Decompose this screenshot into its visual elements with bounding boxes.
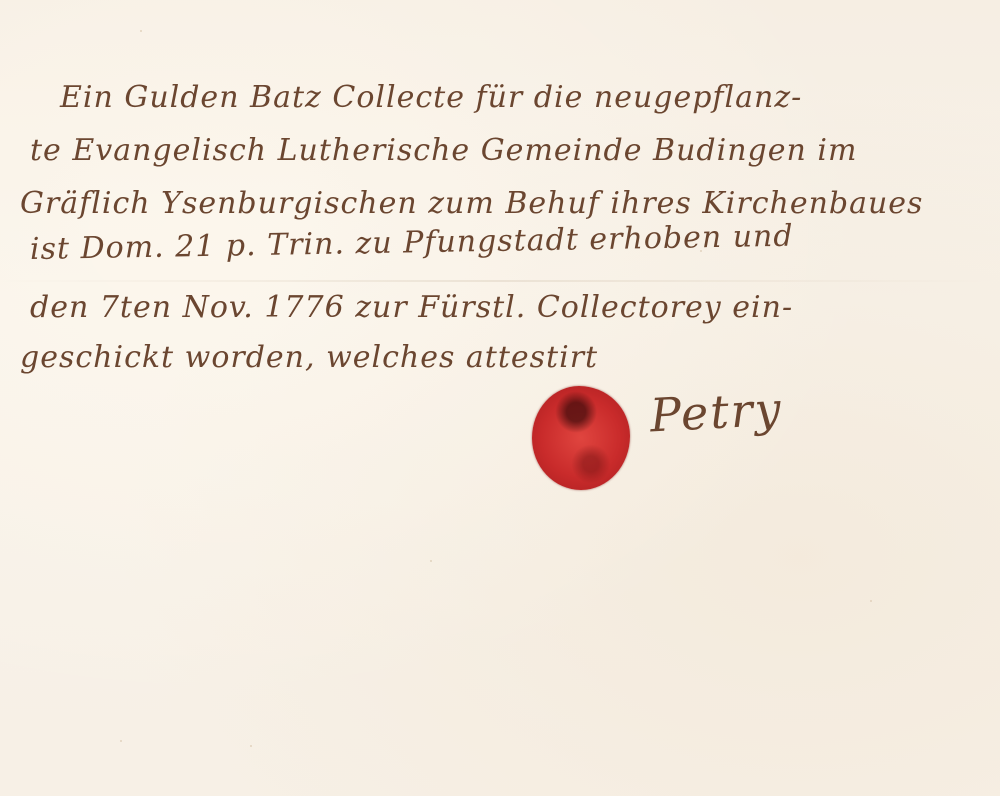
paper-speck [140,30,142,32]
signature: Petry [649,382,784,443]
paper-speck [870,600,872,602]
text-line-3: Gräflich Ysenburgischen zum Behuf ihres … [20,186,923,221]
paper-speck [250,745,252,747]
wax-seal [532,386,630,490]
text-line-1: Ein Gulden Batz Collecte für die neugepf… [60,80,802,115]
paper-background [0,0,1000,796]
paper-speck [120,740,122,742]
text-line-2: te Evangelisch Lutherische Gemeinde Budi… [30,133,857,168]
text-line-5: den 7ten Nov. 1776 zur Fürstl. Collector… [30,290,793,325]
text-line-6: geschickt worden, welches attestirt [20,340,598,375]
paper-speck [430,560,432,562]
paper-fold-crease [0,280,1000,282]
